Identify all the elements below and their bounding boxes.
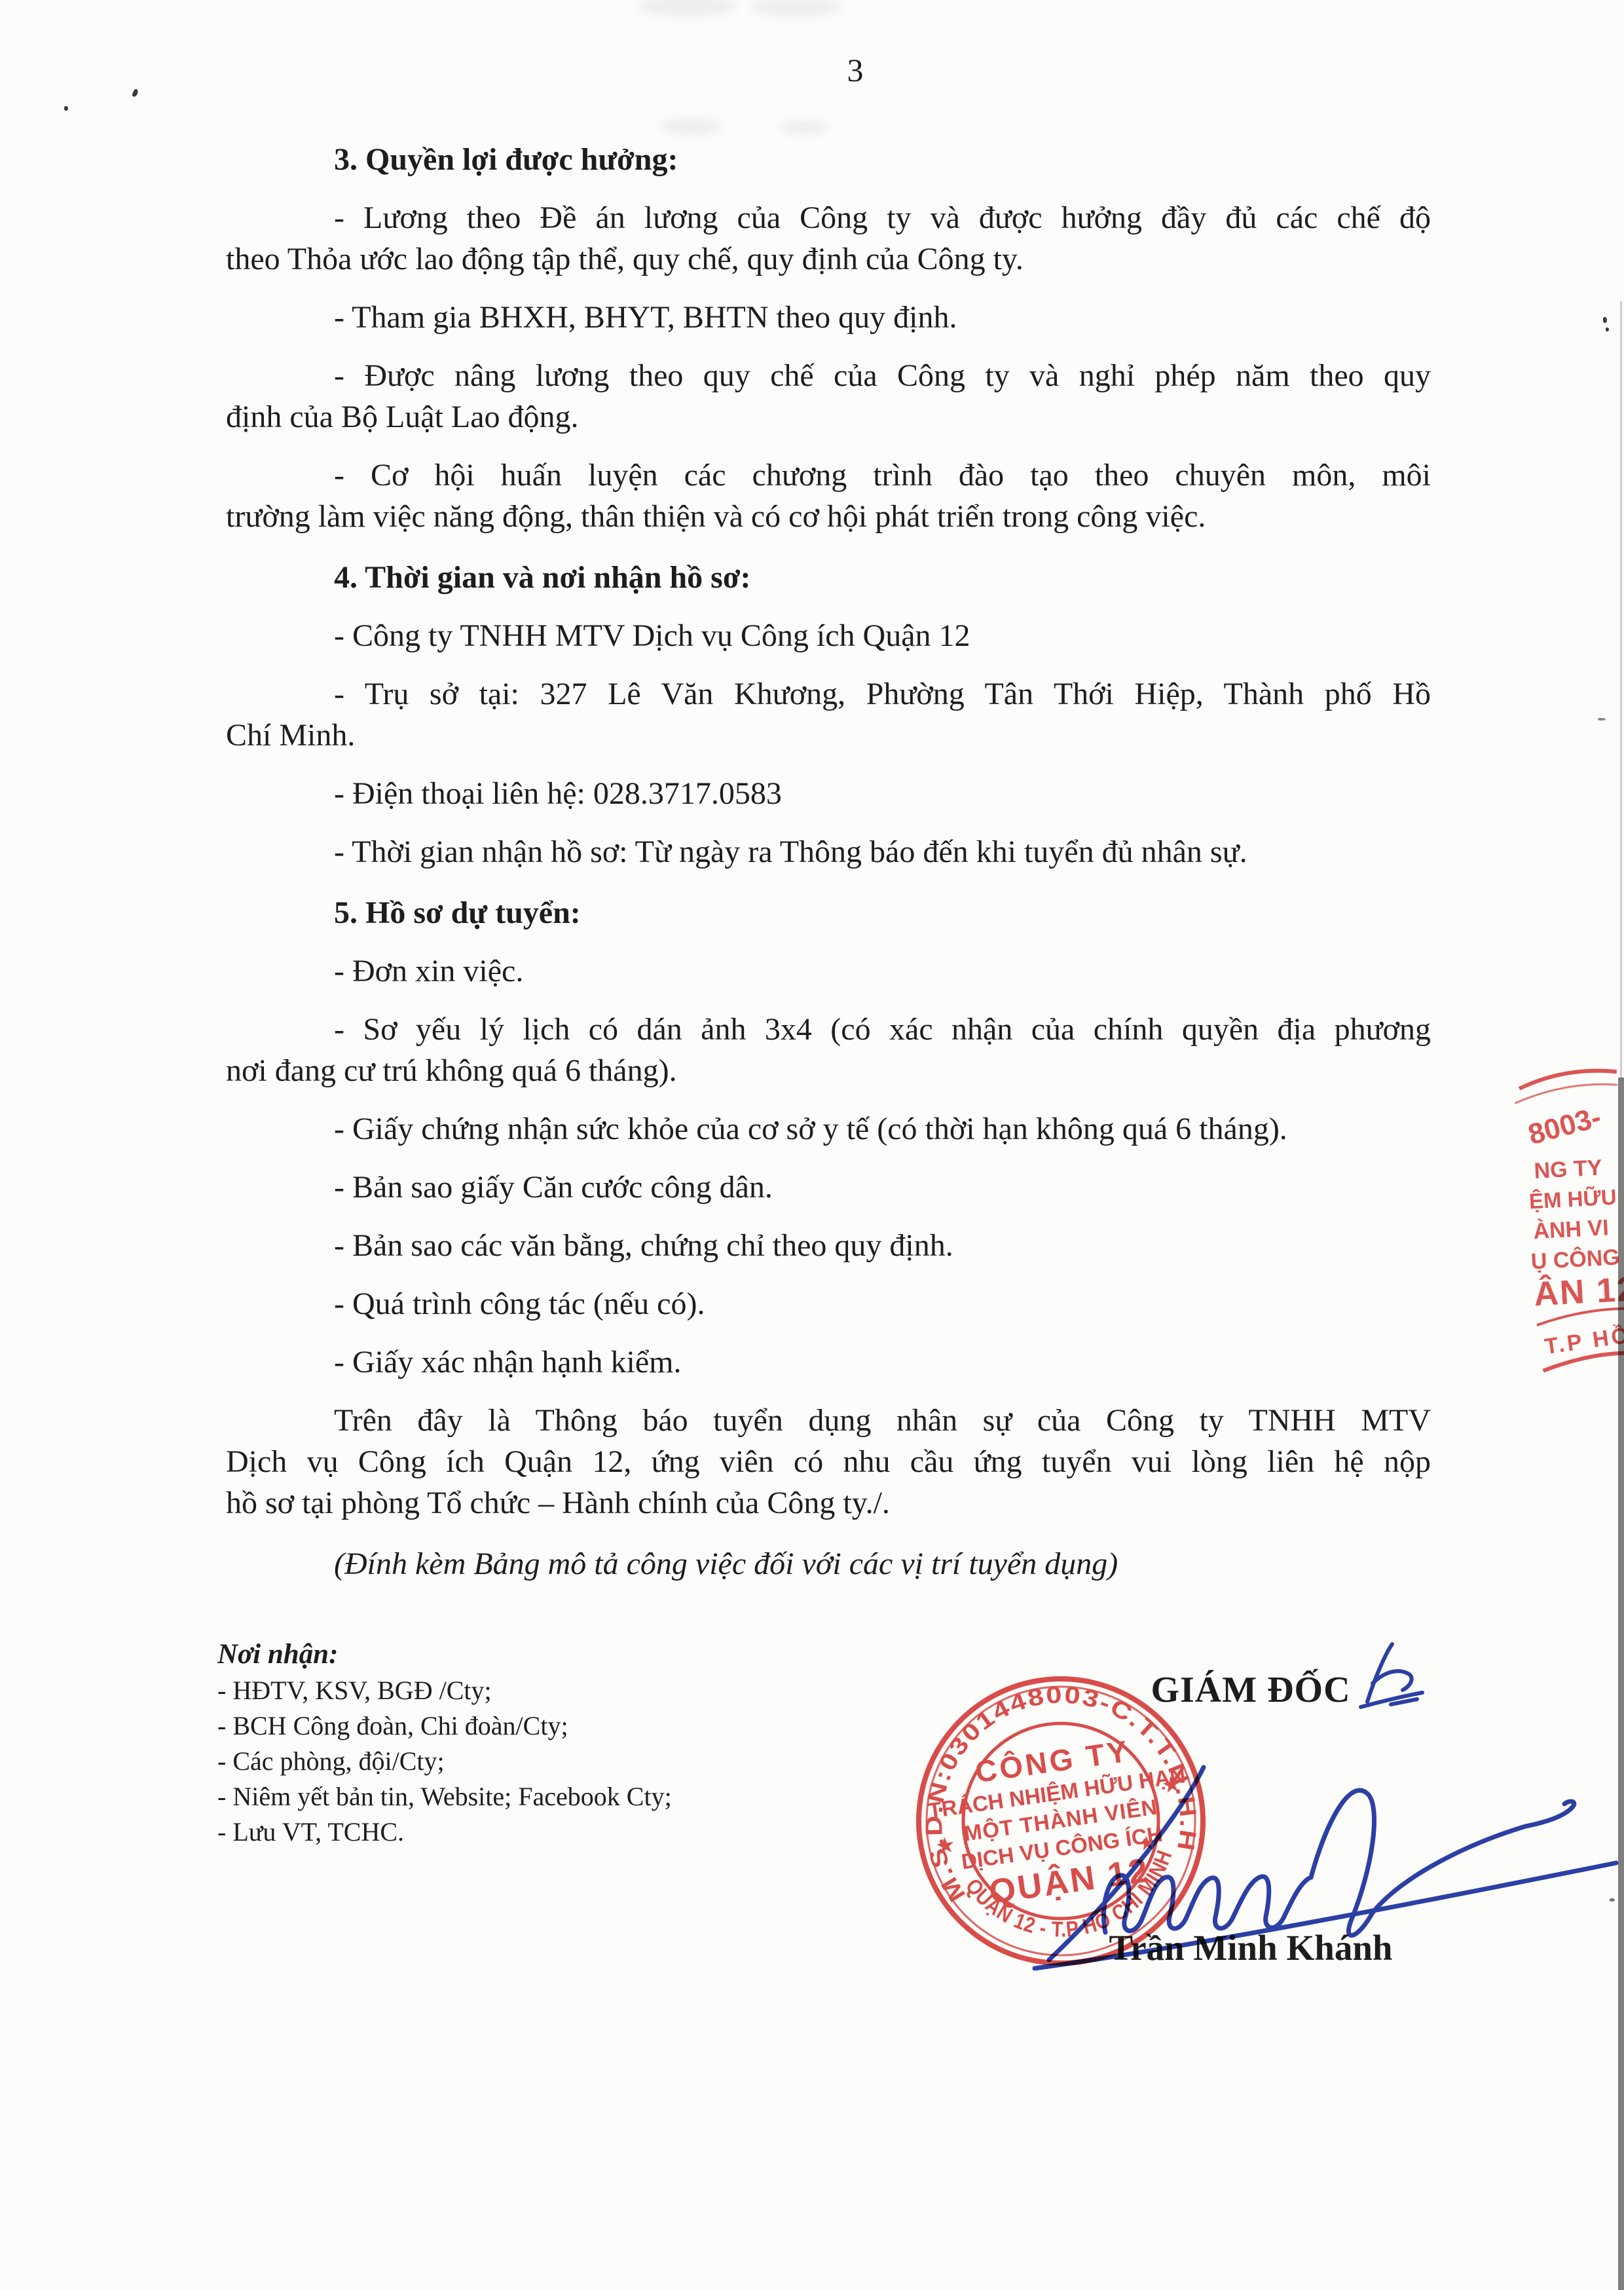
body-line: - Quá trình công tác (nếu có). [226, 1283, 1431, 1324]
section-5-heading: 5. Hồ sơ dự tuyển: [226, 892, 1431, 933]
body-line: - Điện thoại liên hệ: 028.3717.0583 [226, 773, 1431, 814]
scan-smudge [779, 120, 828, 134]
body-line: - Lương theo Đề án lương của Công ty và … [226, 197, 1431, 238]
recipient-item: - Các phòng, đội/Cty; [217, 1744, 672, 1779]
ink-speck [1598, 718, 1606, 721]
ink-speck [1606, 328, 1609, 331]
recipients-block: Nơi nhận: - HĐTV, KSV, BGĐ /Cty; - BCH C… [217, 1636, 672, 1850]
page-number: 3 [43, 51, 1624, 89]
partial-edge-stamp: 8003- NG TY ỆM HỮU ÀNH VI Ụ CÔNG ÂN 12 T… [1512, 1045, 1624, 1378]
closing-line: Trên đây là Thông báo tuyển dụng nhân sự… [226, 1400, 1431, 1441]
stamp-star-left: ★ [934, 1832, 957, 1860]
attachment-note: (Đính kèm Bảng mô tả công việc đối với c… [226, 1543, 1431, 1585]
edge-stamp-arc [1514, 1083, 1618, 1104]
body-line: trường làm việc năng động, thân thiện và… [226, 496, 1431, 537]
ink-speck [1603, 317, 1607, 323]
edge-stamp-fragment: ÀNH VI [1533, 1215, 1610, 1244]
body-line: - Được nâng lương theo quy chế của Công … [226, 355, 1431, 396]
body-line: - Công ty TNHH MTV Dịch vụ Công ích Quận… [226, 615, 1431, 656]
scan-smudge [750, 0, 841, 17]
scanned-document-page: 3 3. Quyền lợi được hưởng: - Lương theo … [0, 0, 1624, 2290]
body-line: - Cơ hội huấn luyện các chương trình đào… [226, 455, 1431, 496]
body-line: - Trụ sở tại: 327 Lê Văn Khương, Phường … [226, 673, 1431, 715]
body-line: - Tham gia BHXH, BHYT, BHTN theo quy địn… [226, 297, 1431, 338]
scan-smudge [660, 118, 722, 135]
body-line: theo Thỏa ước lao động tập thể, quy chế,… [226, 238, 1431, 280]
section-3-heading: 3. Quyền lợi được hưởng: [226, 139, 1431, 180]
section-4-heading: 4. Thời gian và nơi nhận hồ sơ: [226, 557, 1431, 598]
recipient-item: - HĐTV, KSV, BGĐ /Cty; [217, 1673, 672, 1708]
recipient-item: - Lưu VT, TCHC. [217, 1814, 672, 1850]
edge-stamp-fragment: ỆM HỮU [1528, 1184, 1617, 1213]
body-line: - Thời gian nhận hồ sơ: Từ ngày ra Thông… [226, 831, 1431, 873]
recipient-item: - Niêm yết bản tin, Website; Facebook Ct… [217, 1779, 672, 1814]
edge-stamp-arc [1519, 1070, 1617, 1089]
page-edge-line [1620, 301, 1622, 1081]
body-line: Chí Minh. [226, 715, 1431, 756]
signature-ink [1008, 1716, 1624, 1998]
ink-speck [132, 88, 139, 98]
edge-stamp-fragment: Ụ CÔNG [1530, 1244, 1621, 1274]
body-line: - Giấy chứng nhận sức khỏe của cơ sở y t… [226, 1108, 1431, 1150]
closing-line: Dịch vụ Công ích Quận 12, ứng viên có nh… [226, 1441, 1431, 1482]
body-line: - Đơn xin việc. [226, 950, 1431, 992]
body-line: - Bản sao các văn bằng, chứng chỉ theo q… [226, 1225, 1431, 1266]
edge-stamp-fragment: ÂN 12 [1533, 1269, 1624, 1313]
recipients-label: Nơi nhận: [217, 1636, 672, 1673]
body-line: nơi đang cư trú không quá 6 tháng). [226, 1050, 1431, 1091]
body-line: định của Bộ Luật Lao động. [226, 396, 1431, 438]
ink-speck [64, 106, 68, 111]
signature-stroke [1035, 1863, 1616, 1968]
body-line: - Bản sao giấy Căn cước công dân. [226, 1167, 1431, 1208]
document-body: 3. Quyền lợi được hưởng: - Lương theo Đề… [226, 139, 1431, 1585]
closing-line: hồ sơ tại phòng Tổ chức – Hành chính của… [226, 1482, 1431, 1524]
edge-stamp-fragment: 8003- [1525, 1101, 1604, 1151]
edge-stamp-fragment: NG TY [1534, 1155, 1603, 1184]
scan-smudge [638, 0, 737, 17]
body-line: - Giấy xác nhận hạnh kiểm. [226, 1342, 1431, 1383]
recipient-item: - BCH Công đoàn, Chi đoàn/Cty; [217, 1708, 672, 1744]
signature-initials-ink [1349, 1636, 1434, 1718]
body-line: - Sơ yếu lý lịch có dán ảnh 3x4 (có xác … [226, 1009, 1431, 1050]
